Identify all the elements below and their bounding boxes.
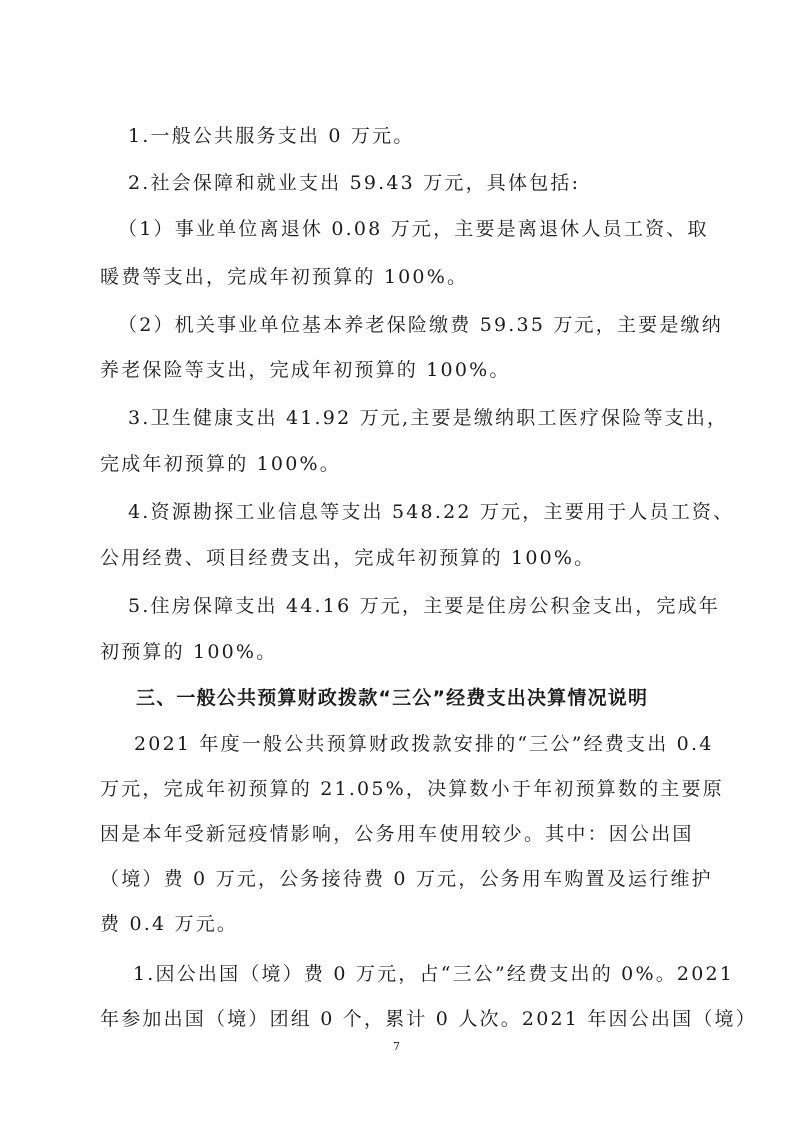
paragraph-line: （2）机关事业单位基本养老保险缴费 59.35 万元，主要是缴纳 [118,313,718,337]
paragraph-line: 暖费等支出，完成年初预算的 100%。 [100,265,700,289]
paragraph-line: 5.住房保障支出 44.16 万元，主要是住房公积金支出，完成年 [128,594,728,618]
paragraph-line: 1.因公出国（境）费 0 万元，占“三公”经费支出的 0%。2021 [133,962,733,986]
section-heading: 三、一般公共预算财政拨款“三公”经费支出决算情况说明 [136,686,736,710]
paragraph-line: 费 0.4 万元。 [100,912,700,936]
paragraph-line: 4.资源勘探工业信息等支出 548.22 万元，主要用于人员工资、 [128,500,728,524]
paragraph-line: 因是本年受新冠疫情影响，公务用车使用较少。其中：因公出国 [100,822,700,846]
paragraph-line: 养老保险等支出，完成年初预算的 100%。 [100,358,700,382]
paragraph-line: 完成年初预算的 100%。 [100,452,700,476]
paragraph-line: 初预算的 100%。 [100,640,700,664]
paragraph-line: 万元，完成年初预算的 21.05%，决算数小于年初预算数的主要原 [100,777,700,801]
paragraph-line: 2.社会保障和就业支出 59.43 万元，具体包括: [128,171,728,195]
paragraph-line: 年参加出国（境）团组 0 个，累计 0 人次。2021 年因公出国（境） [100,1007,700,1031]
paragraph-line: 2021 年度一般公共预算财政拨款安排的“三公”经费支出 0.4 [134,732,734,756]
paragraph-line: （1）事业单位离退休 0.08 万元，主要是离退休人员工资、取 [118,217,718,241]
page-number: 7 [0,1040,793,1053]
document-page: 1.一般公共服务支出 0 万元。2.社会保障和就业支出 59.43 万元，具体包… [0,0,793,1122]
paragraph-line: 1.一般公共服务支出 0 万元。 [128,124,728,148]
paragraph-line: （境）费 0 万元，公务接待费 0 万元，公务用车购置及运行维护 [100,867,700,891]
paragraph-line: 公用经费、项目经费支出，完成年初预算的 100%。 [100,546,700,570]
paragraph-line: 3.卫生健康支出 41.92 万元,主要是缴纳职工医疗保险等支出， [128,406,728,430]
